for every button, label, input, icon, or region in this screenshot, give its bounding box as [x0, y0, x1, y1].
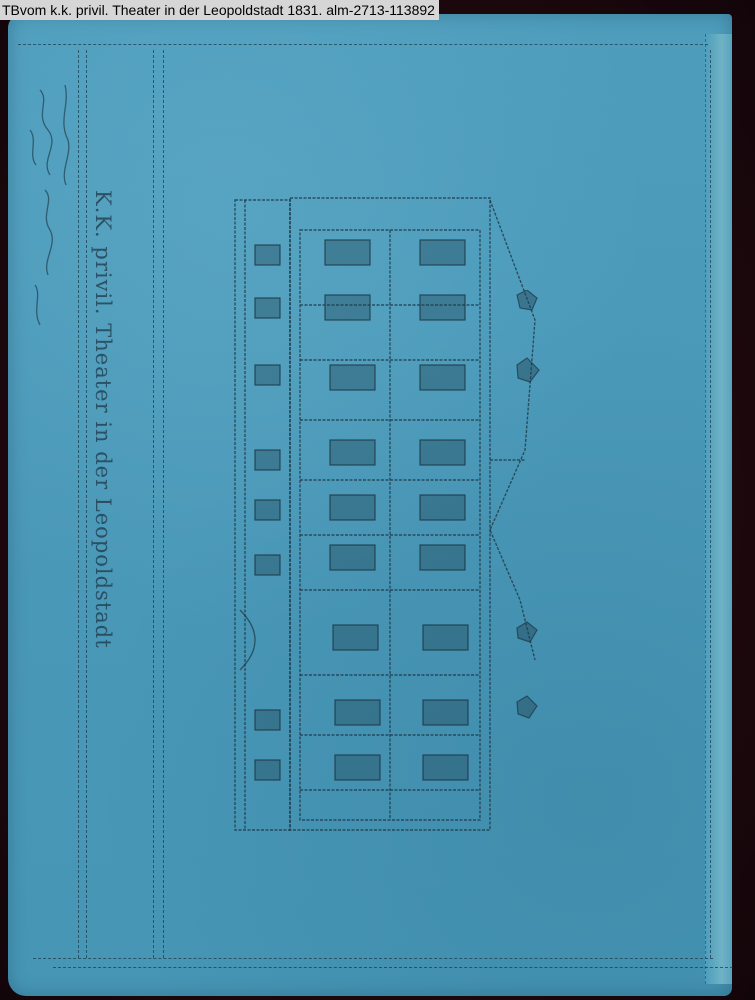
flourish-ornament-icon	[20, 70, 75, 330]
frame-line-left-1	[78, 50, 79, 958]
frame-line-bottom-inner	[53, 967, 733, 968]
frame-line-top	[18, 44, 708, 45]
frame-line-left-3	[153, 50, 154, 958]
image-caption: TBvom k.k. privil. Theater in der Leopol…	[0, 0, 439, 20]
spine-title: K.K. privil. Theater in der Leopoldstadt	[91, 190, 115, 649]
frame-line-left-4	[163, 50, 164, 958]
frame-line-bottom	[33, 958, 713, 959]
frame-line-right	[710, 50, 711, 958]
ornament-icon	[512, 620, 542, 730]
theater-building-illustration	[225, 190, 545, 840]
frame-line-left-2	[86, 50, 87, 958]
ornament-icon	[512, 290, 542, 410]
